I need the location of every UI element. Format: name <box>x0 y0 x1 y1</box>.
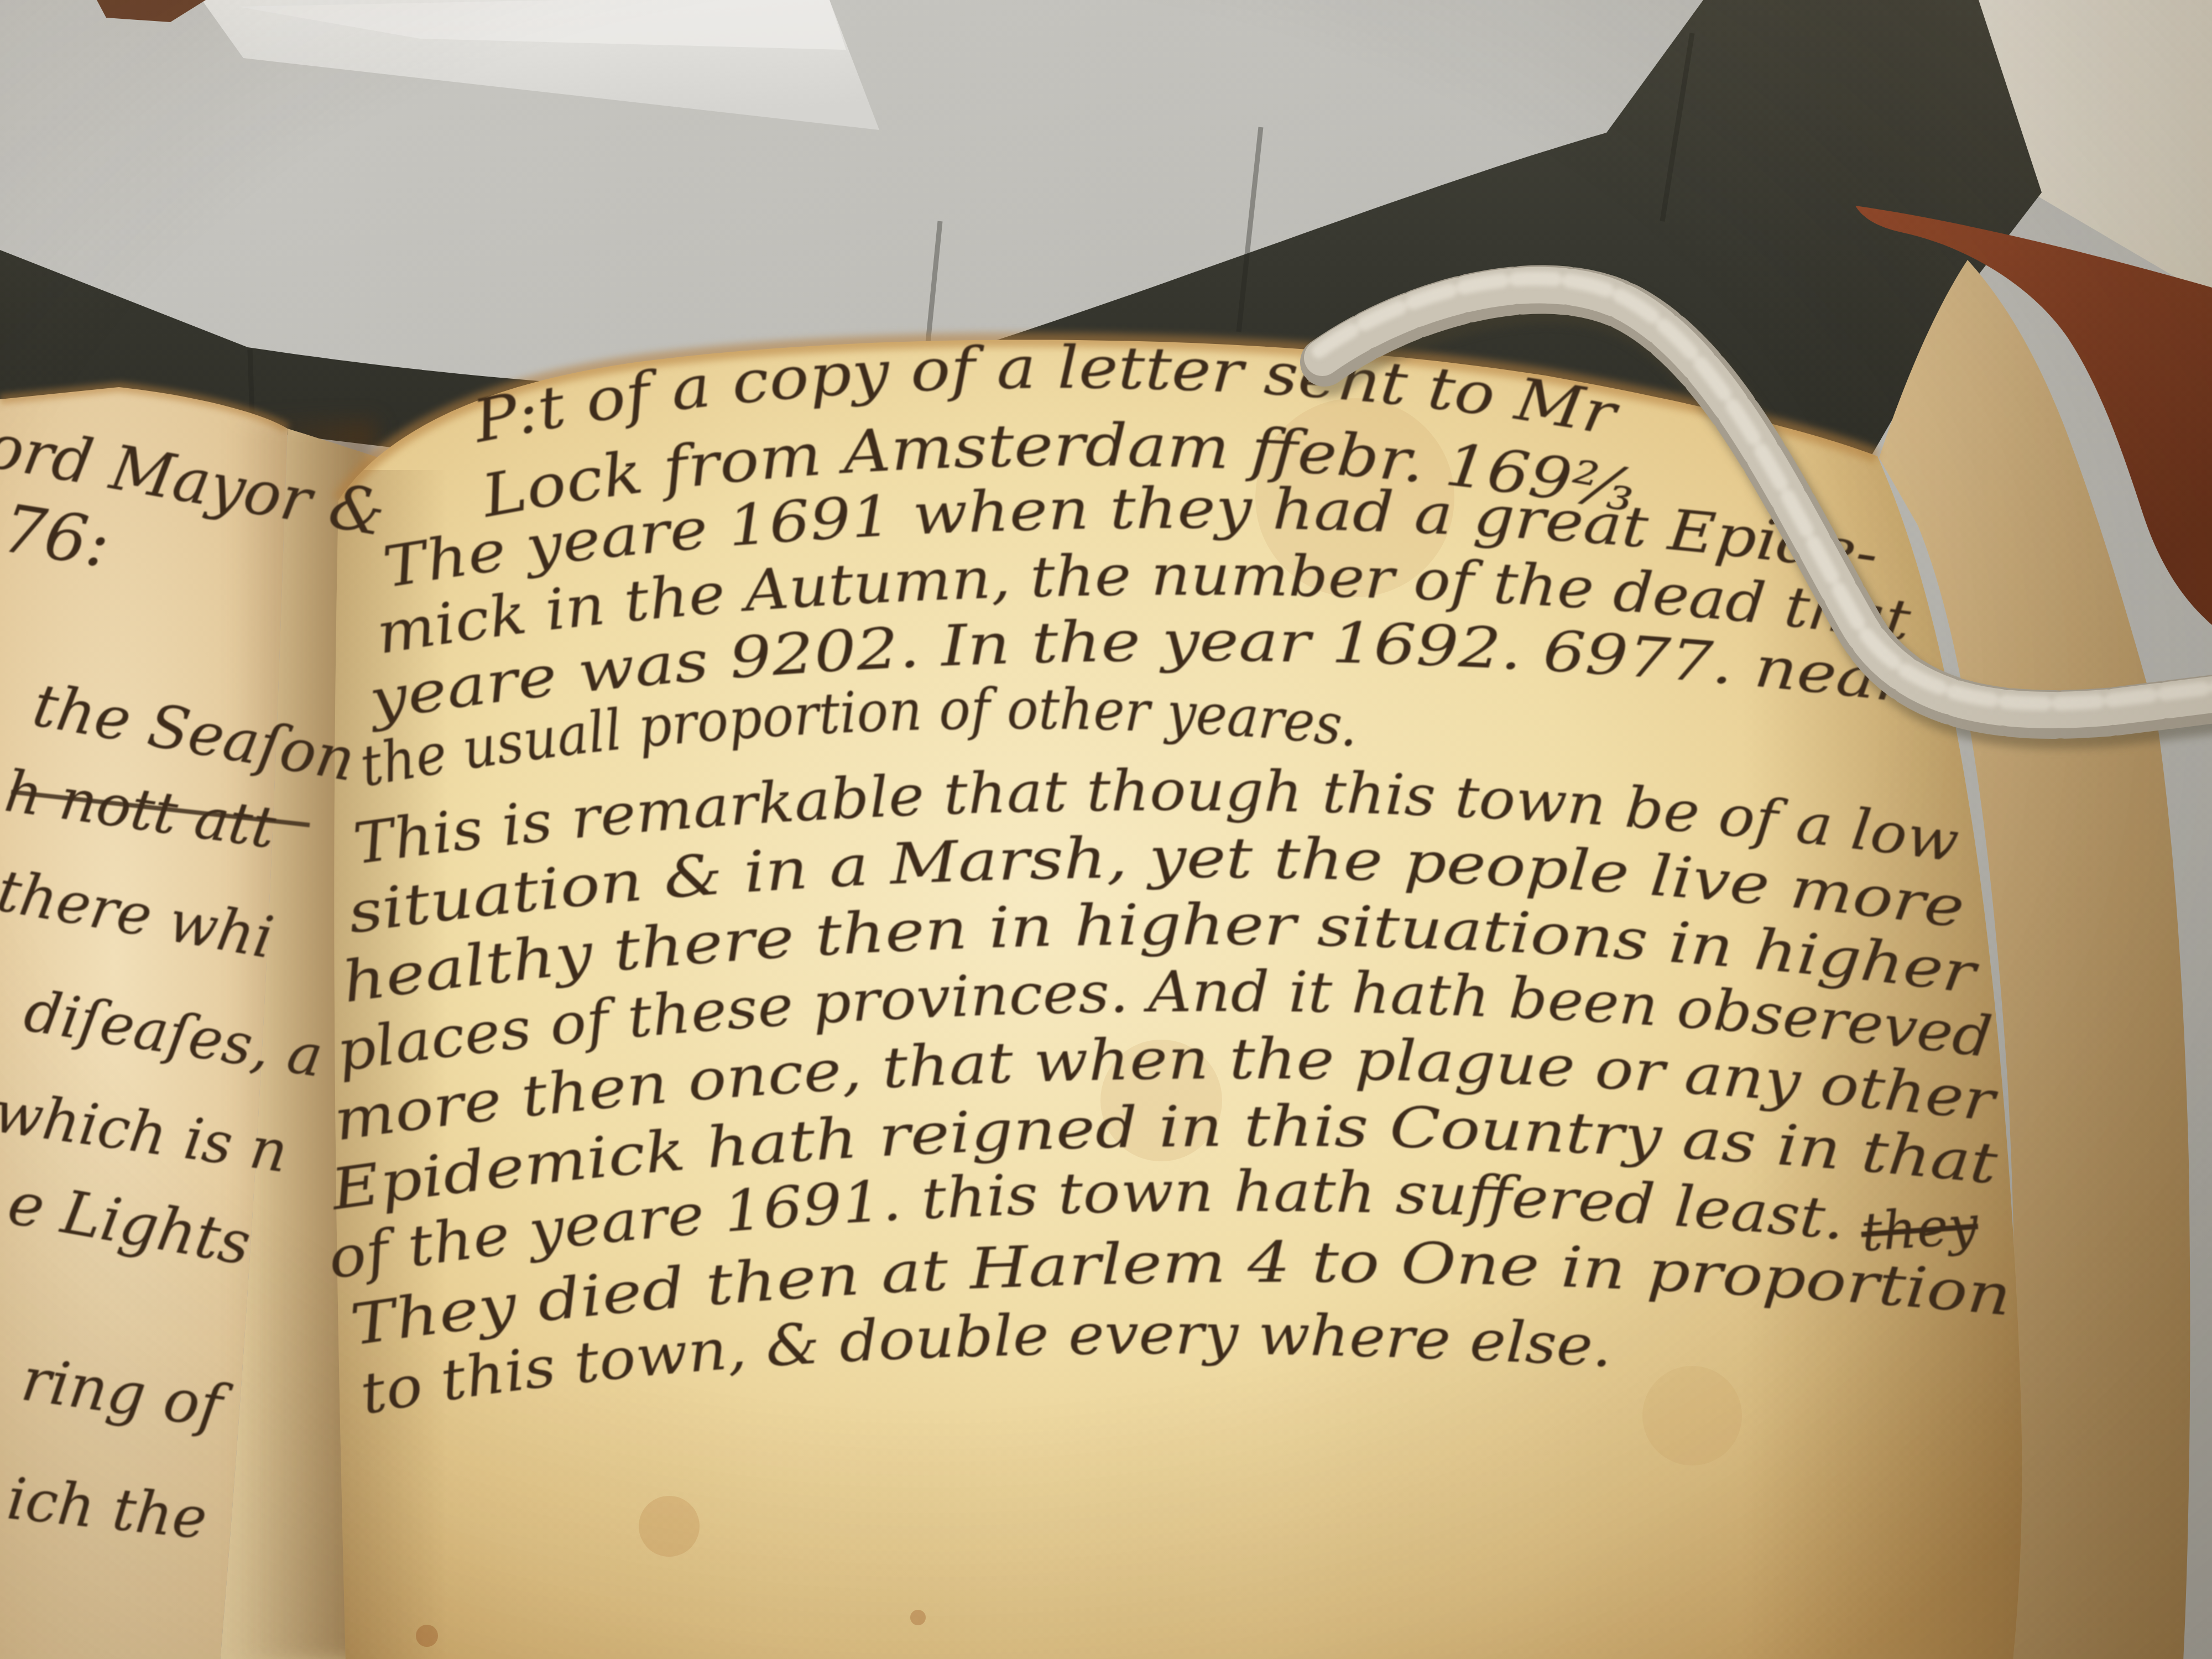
manuscript-photo-scene: P:t of a copy of a letter sent to Mr Loc… <box>0 0 2212 1659</box>
left-page-fragment: 76: <box>0 490 115 583</box>
manuscript-body: The yeare 1691 when they had a great Epi… <box>324 476 2013 1428</box>
photo-canvas: P:t of a copy of a letter sent to Mr Loc… <box>0 0 2212 1659</box>
